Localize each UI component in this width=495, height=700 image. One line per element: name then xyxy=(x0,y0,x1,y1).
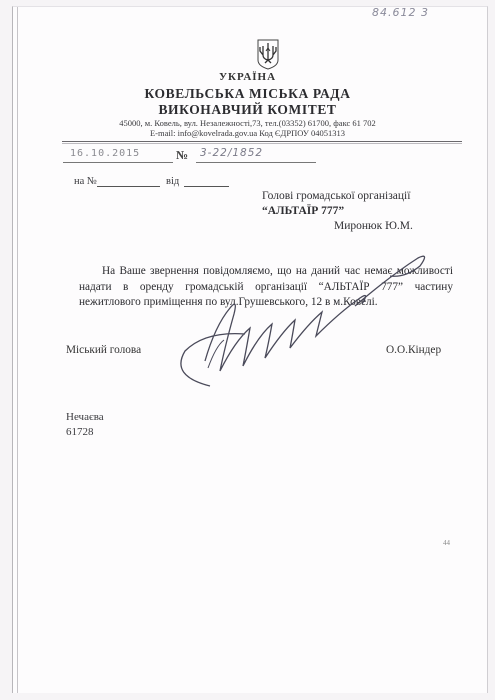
reference-number-label: на № xyxy=(74,176,97,187)
council-name: КОВЕЛЬСЬКА МІСЬКА РАДА xyxy=(0,86,495,102)
letterhead-divider xyxy=(62,141,462,142)
page-mark: 44 xyxy=(443,539,450,547)
executor-phone: 61728 xyxy=(66,425,104,440)
addressee-organization: “АЛЬТАЇР 777” xyxy=(262,204,413,219)
addressee-person: Миронюк Ю.М. xyxy=(262,219,413,234)
number-underline xyxy=(196,162,316,163)
letterhead-divider-thin xyxy=(62,143,462,144)
country-name: УКРАЇНА xyxy=(0,71,495,83)
addressee-block: Голові громадської організації “АЛЬТАЇР … xyxy=(262,189,413,234)
handwritten-signature-icon xyxy=(150,236,450,396)
reference-date-blank xyxy=(184,186,229,187)
reference-date-label: від xyxy=(166,176,179,187)
addressee-title: Голові громадської організації xyxy=(262,189,413,204)
signatory-title: Міський голова xyxy=(66,344,141,356)
handwritten-note: 84.612 3 xyxy=(372,6,429,19)
executor-block: Нечаєва 61728 xyxy=(66,410,104,440)
registration-number-label: № xyxy=(176,148,188,163)
registration-number: 3-22/1852 xyxy=(200,147,263,159)
registration-date: 16.10.2015 xyxy=(70,148,140,159)
reference-number-blank xyxy=(97,186,160,187)
council-email-code: E-mail: info@kovelrada.gov.ua Код ЄДРПОУ… xyxy=(0,128,495,138)
trident-coat-of-arms-icon xyxy=(256,38,280,70)
council-address: 45000, м. Ковель, вул. Незалежності,73, … xyxy=(0,118,495,128)
committee-name: ВИКОНАВЧИЙ КОМІТЕТ xyxy=(0,102,495,118)
date-underline xyxy=(63,162,173,163)
executor-name: Нечаєва xyxy=(66,410,104,425)
